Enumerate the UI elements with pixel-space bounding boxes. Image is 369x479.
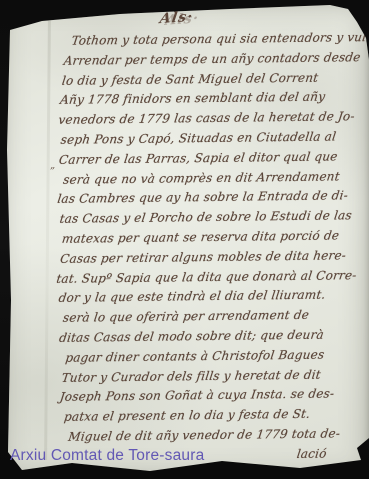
archive-watermark: Arxiu Comtat de Tore-saura [10, 447, 204, 465]
margin-mark: „ [50, 160, 55, 171]
invocation-mark: Als· [159, 9, 195, 27]
manuscript-page: Als· Tothom y tota persona qui sia enten… [0, 0, 369, 479]
paper-crease [44, 20, 51, 460]
photo-background: Als· Tothom y tota persona qui sia enten… [0, 0, 369, 479]
manuscript-text: Tothom y tota persona qui sia entenadors… [55, 28, 362, 467]
